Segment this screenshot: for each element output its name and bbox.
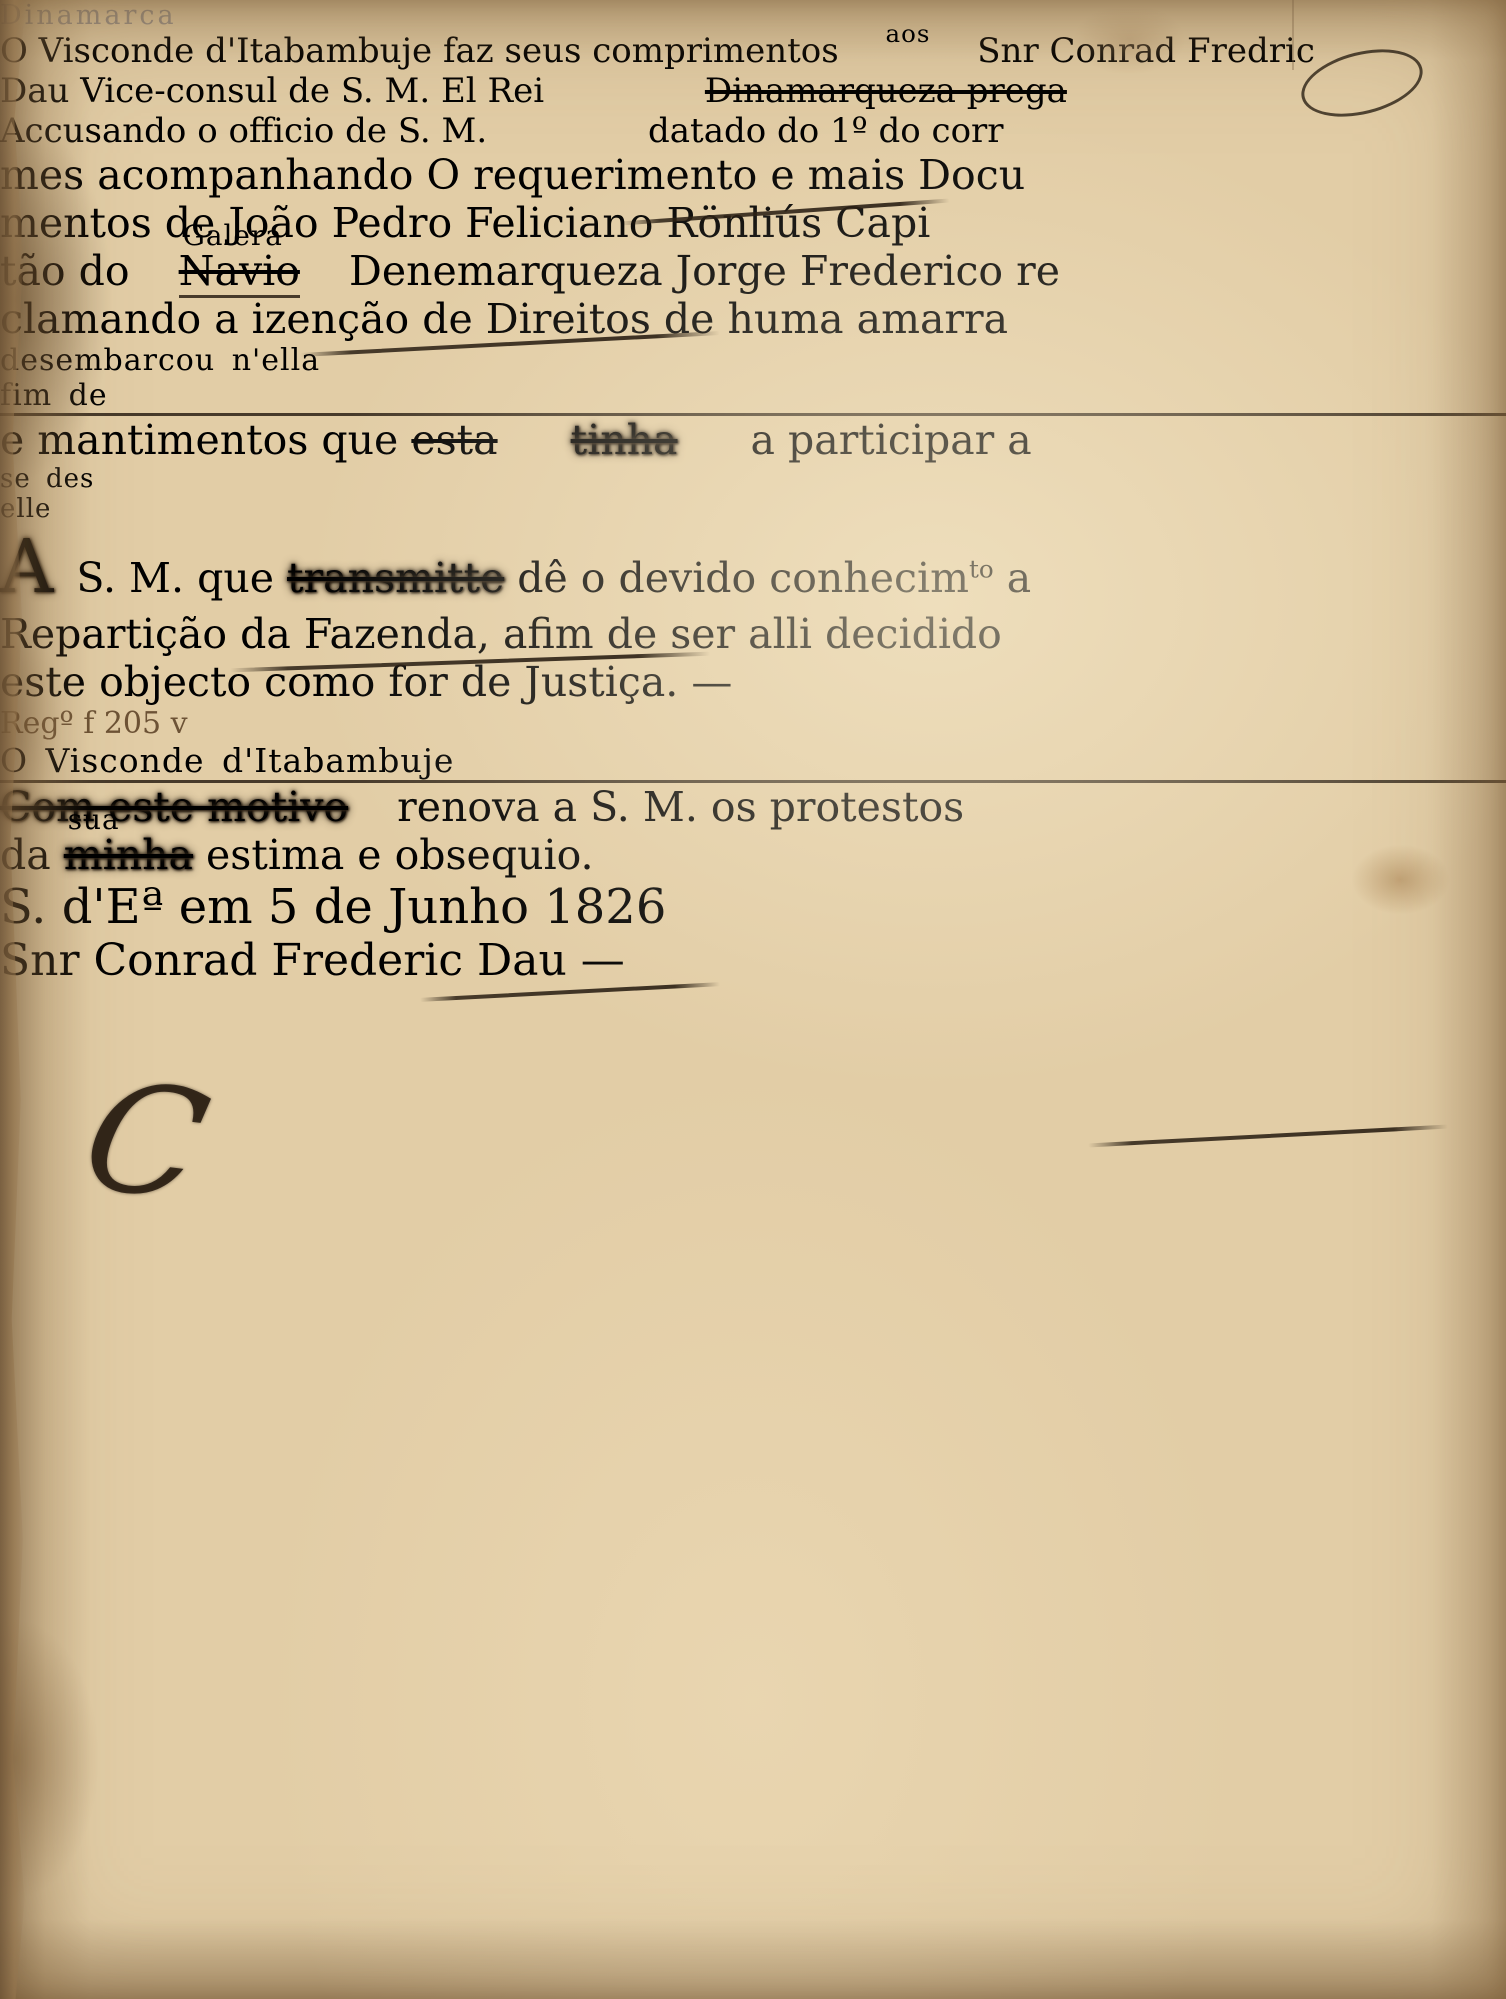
- interlinear-insertion: sua: [68, 803, 120, 836]
- aged-paper-background: [0, 0, 1506, 1999]
- struck-segment: Navio: [179, 247, 300, 298]
- interlinear-insertion: Galera: [183, 219, 283, 252]
- manuscript-scan: { "colors": { "paper": "#e2cda6", "ink":…: [0, 0, 1506, 1999]
- struck-segment: minha: [64, 831, 193, 879]
- paper-crease: [1292, 0, 1294, 70]
- correction-group: sua minha: [64, 831, 193, 879]
- interlinear-insertion: aos: [886, 19, 931, 48]
- correction-group: Galera Navio: [179, 247, 300, 295]
